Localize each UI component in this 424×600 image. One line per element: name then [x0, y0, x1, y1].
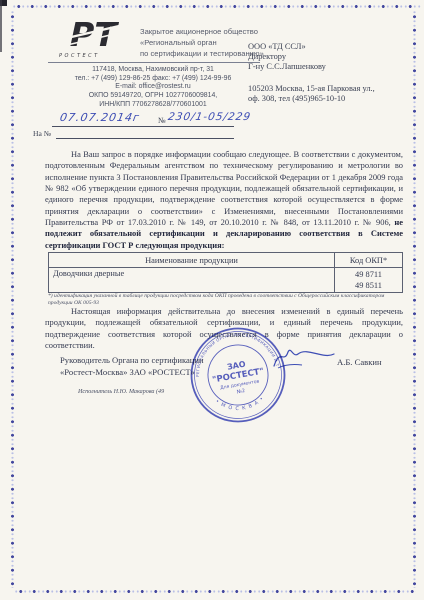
contact-line: ИНН/КПП 7706278628/770601001	[38, 101, 268, 110]
header-divider	[48, 62, 260, 63]
signer-title: Руководитель Органа по сертификации «Рос…	[60, 355, 204, 378]
signer-title-line: Руководитель Органа по сертификации	[60, 355, 204, 367]
contact-line: тел.: +7 (499) 129-86-25 факс: +7 (499) …	[38, 75, 268, 84]
org-name-line: «Региональный орган	[140, 37, 264, 48]
contact-line: ОКПО 59149720, ОГРН 1027706009814,	[38, 92, 268, 101]
recipient-block: ООО «ТД ССЛ» Директору Г-ну С.С.Лапшенко…	[248, 42, 326, 71]
recipient-line: ООО «ТД ССЛ»	[248, 42, 326, 52]
table-footnote: *) идентификация указанной в таблице про…	[48, 293, 404, 306]
paragraph-text: На Ваш запрос в порядке информации сообщ…	[45, 149, 403, 227]
handwritten-number: 230/1-05/229	[167, 111, 252, 123]
org-name-line: Закрытое акционерное общество	[140, 26, 264, 37]
number-sign: №	[158, 116, 166, 125]
product-table: Наименование продукции Код ОКП* Доводчик…	[48, 252, 403, 293]
reference-underline	[52, 126, 234, 127]
column-header-okp: Код ОКП*	[335, 253, 403, 268]
body-paragraph-1: На Ваш запрос в порядке информации сообщ…	[45, 149, 403, 251]
recipient-line: Г-ну С.С.Лапшенкову	[248, 62, 326, 72]
round-stamp: РЕГИОНАЛЬНЫЙ ОРГАН ПО СЕРТИФИКАЦИИ И ТЕС…	[188, 325, 288, 425]
signer-name: А.Б. Савкин	[337, 357, 382, 367]
ornament-border-left	[8, 10, 17, 588]
table-header-row: Наименование продукции Код ОКП*	[49, 253, 403, 268]
org-name-line: по сертификации и тестированию»	[140, 48, 264, 59]
contact-line: 117418, Москва, Нахимовский пр-т, 31	[38, 66, 268, 75]
handwritten-date: 07.07.2014г	[59, 111, 141, 124]
ornament-border-right	[410, 10, 419, 588]
reply-reference-label: На №	[33, 129, 51, 138]
org-name-block: Закрытое акционерное общество «Региональ…	[140, 26, 264, 59]
contact-line: E-mail: office@rostest.ru	[38, 83, 268, 92]
reply-reference-underline	[56, 138, 234, 139]
scanned-letter-page: РТ РОСТЕСТ Закрытое акционерное общество…	[0, 0, 424, 600]
stamp-center-number: №2	[236, 388, 245, 395]
recipient-address-block: 105203 Москва, 15-ая Парковая ул., оф. 3…	[248, 84, 375, 104]
recipient-address-line: 105203 Москва, 15-ая Парковая ул.,	[248, 84, 375, 94]
signer-title-line: «Ростест-Москва» ЗАО «РОСТЕСТ»	[60, 367, 204, 379]
ornament-border-top	[12, 2, 422, 11]
column-header-product: Наименование продукции	[49, 253, 335, 268]
scan-artifact-edge	[0, 0, 2, 52]
recipient-line: Директору	[248, 52, 326, 62]
recipient-address-line: оф. 308, тел (495)965-10-10	[248, 94, 375, 104]
okp-code-cell: 49 8711 49 8511	[335, 268, 403, 293]
table-row: Доводчики дверные 49 8711 49 8511	[49, 268, 403, 293]
okp-code: 49 8511	[339, 280, 398, 291]
ornament-border-bottom	[14, 587, 416, 596]
logo-caption: РОСТЕСТ	[59, 53, 100, 59]
executor-line: Исполнитель Н.Ю. Макарова (49	[78, 389, 164, 395]
okp-code: 49 8711	[339, 269, 398, 280]
letterhead-contacts: 117418, Москва, Нахимовский пр-т, 31 тел…	[38, 66, 268, 110]
rostest-logo-icon: РТ РОСТЕСТ	[52, 15, 136, 63]
product-name-cell: Доводчики дверные	[49, 268, 335, 293]
